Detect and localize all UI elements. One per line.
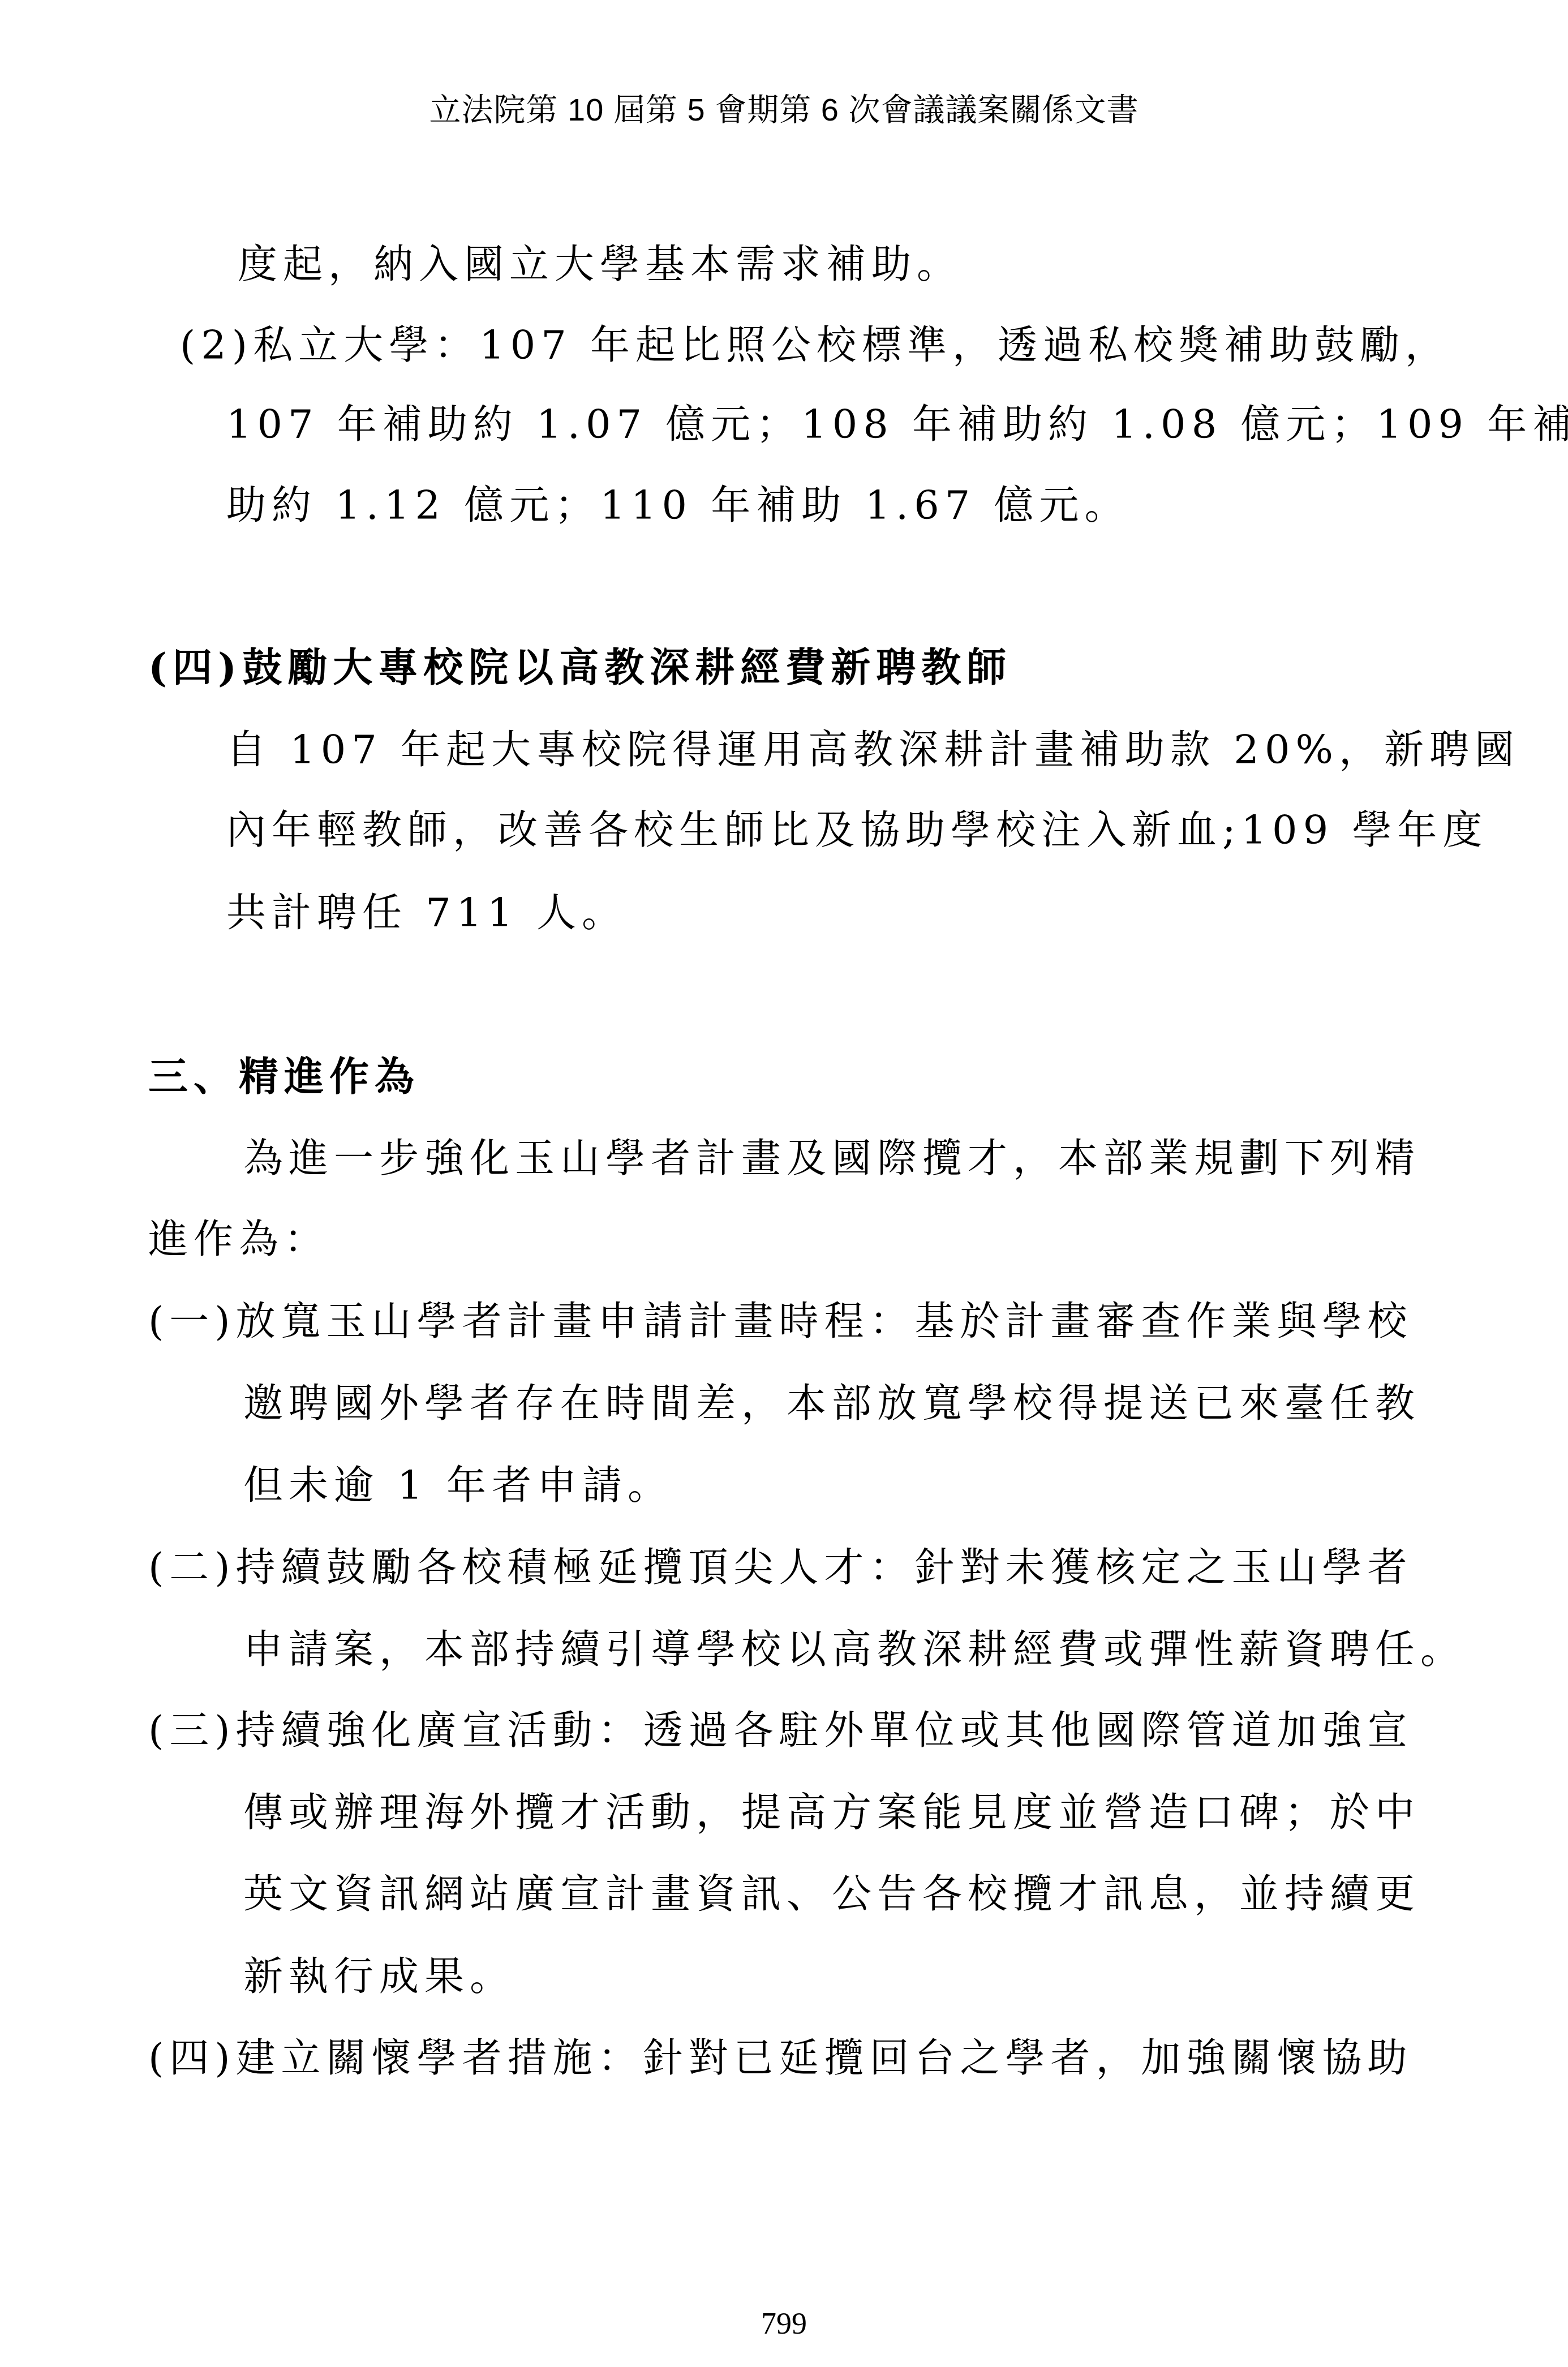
document-header: 立法院第 10 屆第 5 會期第 6 次會議議案關係文書 [0,85,1568,130]
text-line: 進作為： [148,1219,329,1259]
text-line: 邀聘國外學者存在時間差，本部放寬學校得提送已來臺任教 [243,1384,1420,1423]
section-heading: 三、精進作為 [148,1057,420,1097]
text-line: 英文資訊網站廣宣計畫資訊、公告各校攬才訊息，並持續更 [243,1874,1420,1914]
text-line: 為進一步強化玉山學者計畫及國際攬才，本部業規劃下列精 [243,1139,1420,1178]
text-line: 共計聘任 711 人。 [226,893,627,933]
list-item: (二)持續鼓勵各校積極延攬頂尖人才：針對未獲核定之玉山學者 [148,1548,1413,1587]
text-line: 申請案，本部持續引導學校以高教深耕經費或彈性薪資聘任。 [243,1630,1466,1669]
text-line: 度起，納入國立大學基本需求補助。 [238,244,962,284]
text-line: 內年輕教師，改善各校生師比及協助學校注入新血;109 學年度 [226,810,1488,850]
text-line: 自 107 年起大專校院得運用高教深耕計畫補助款 20%，新聘國 [226,730,1520,770]
text-line: 助約 1.12 億元；110 年補助 1.67 億元。 [226,486,1130,525]
list-item: (三)持續強化廣宣活動：透過各駐外單位或其他國際管道加強宣 [148,1711,1413,1750]
text-line: 傳或辦理海外攬才活動，提高方案能見度並營造口碑；於中 [243,1793,1420,1832]
text-line: 但未逾 1 年者申請。 [243,1466,673,1505]
list-item: (四)建立關懷學者措施：針對已延攬回台之學者，加強關懷協助 [148,2038,1413,2078]
list-item: (一)放寬玉山學者計畫申請計畫時程：基於計畫審查作業與學校 [148,1301,1413,1341]
page-number: 799 [0,2306,1568,2341]
text-line: (2)私立大學：107 年起比照公校標準，透過私校獎補助鼓勵， [180,325,1450,365]
section-heading: (四)鼓勵大專校院以高教深耕經費新聘教師 [148,648,1012,688]
text-line: 新執行成果。 [243,1957,515,1996]
text-line: 107 年補助約 1.07 億元；108 年補助約 1.08 億元；109 年補 [226,405,1568,444]
